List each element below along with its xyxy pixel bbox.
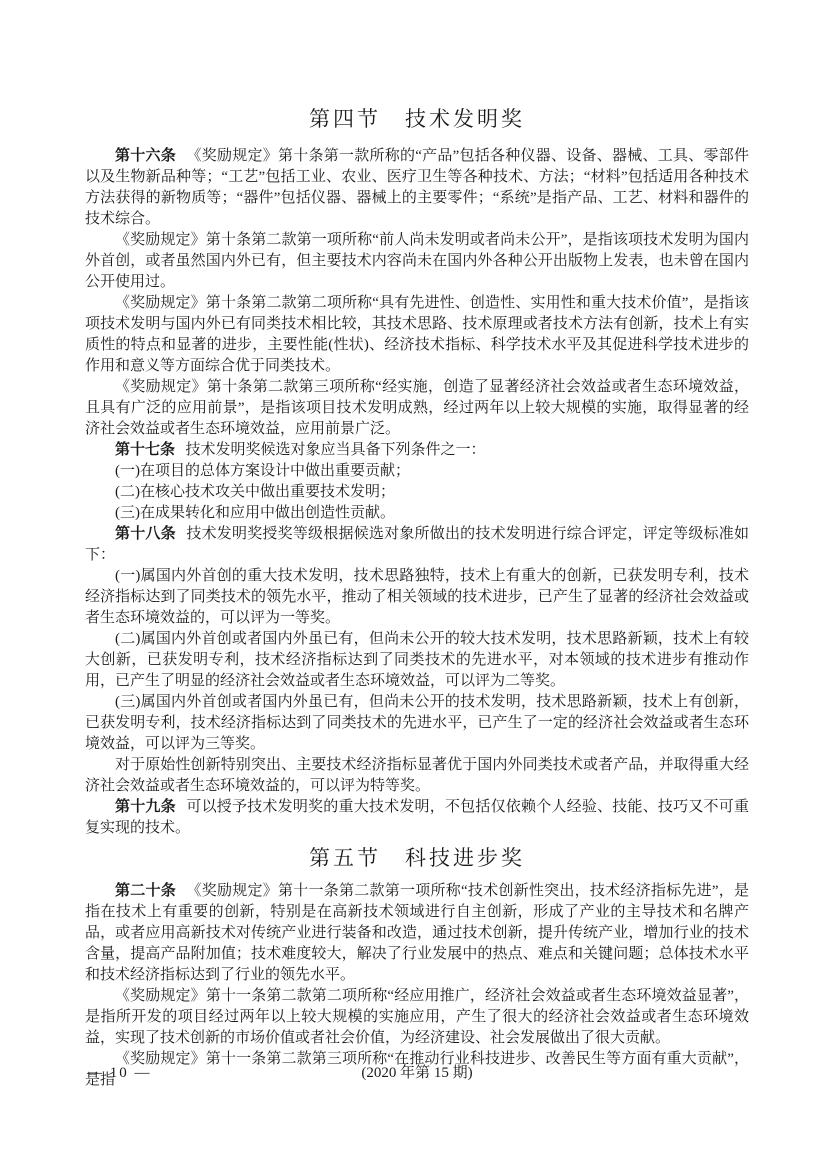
document-page: 第四节 技术发明奖 第十六条《奖励规定》第十条第一款所称的“产品”包括各种仪器、… (0, 0, 827, 1170)
paragraph-text: 《奖励规定》第十一条第二款第二项所称“经应用推广，经济社会效益或者生态环境效益显… (85, 988, 749, 1046)
article-number: 第十八条 (115, 526, 176, 542)
paragraph-text: 《奖励规定》第十条第一款所称的“产品”包括各种仪器、设备、器械、工具、零部件以及… (85, 148, 749, 227)
section-heading-5: 第五节 科技进步奖 (85, 843, 749, 873)
paragraph: 《奖励规定》第十条第二款第一项所称“前人尚未发明或者尚未公开”，是指该项技术发明… (85, 230, 749, 293)
paragraph-text: 技术发明奖授奖等级根据候选对象所做出的技术发明进行综合评定，评定等级标准如下： (85, 526, 749, 563)
list-item: (一)在项目的总体方案设计中做出重要贡献； (85, 461, 749, 482)
article-number: 第二十条 (115, 883, 176, 899)
paragraph: 第十六条《奖励规定》第十条第一款所称的“产品”包括各种仪器、设备、器械、工具、零… (85, 146, 749, 230)
content-column: 第四节 技术发明奖 第十六条《奖励规定》第十条第一款所称的“产品”包括各种仪器、… (85, 104, 749, 1091)
paragraph: 第十九条可以授予技术发明奖的重大技术发明，不包括仅依赖个人经验、技能、技巧又不可… (85, 797, 749, 839)
paragraph-text: (三)在成果转化和应用中做出创造性贡献。 (115, 505, 395, 521)
paragraph-text: 可以授予技术发明奖的重大技术发明，不包括仅依赖个人经验、技能、技巧又不可重复实现… (85, 799, 749, 836)
paragraph-text: 《奖励规定》第十一条第二款第一项所称“技术创新性突出，技术经济指标先进”，是指在… (85, 883, 749, 983)
paragraph-text: 《奖励规定》第十条第二款第二项所称“具有先进性、创造性、实用性和重大技术价值”，… (85, 295, 749, 374)
page-footer: — 10 — (2020 年第 15 期) (85, 1063, 749, 1084)
paragraph: 《奖励规定》第十条第二款第二项所称“具有先进性、创造性、实用性和重大技术价值”，… (85, 293, 749, 377)
list-item: (三)在成果转化和应用中做出创造性贡献。 (85, 503, 749, 524)
issue-label: (2020 年第 15 期) (85, 1063, 749, 1084)
paragraph-text: (一)在项目的总体方案设计中做出重要贡献； (115, 463, 410, 479)
paragraph: 对于原始性创新特别突出、主要技术经济指标显著优于国内外同类技术或者产品，并取得重… (85, 755, 749, 797)
paragraph-text: (二)属国内外首创或者国内外虽已有，但尚未公开的较大技术发明，技术思路新颖，技术… (85, 631, 749, 689)
paragraph-text: (三)属国内外首创或者国内外虽已有，但尚未公开的技术发明，技术思路新颖，技术上有… (85, 694, 749, 752)
paragraph-text: 技术发明奖候选对象应当具备下列条件之一： (186, 442, 486, 458)
list-item: (二)属国内外首创或者国内外虽已有，但尚未公开的较大技术发明，技术思路新颖，技术… (85, 629, 749, 692)
paragraph-text: (二)在核心技术攻关中做出重要技术发明； (115, 484, 395, 500)
article-number: 第十九条 (115, 799, 176, 815)
paragraph: 第十八条技术发明奖授奖等级根据候选对象所做出的技术发明进行综合评定，评定等级标准… (85, 524, 749, 566)
paragraph-text: 《奖励规定》第十条第二款第一项所称“前人尚未发明或者尚未公开”，是指该项技术发明… (85, 232, 749, 290)
paragraph: 《奖励规定》第十条第二款第三项所称“经实施，创造了显著经济社会效益或者生态环境效… (85, 377, 749, 440)
paragraph: 《奖励规定》第十一条第二款第二项所称“经应用推广，经济社会效益或者生态环境效益显… (85, 986, 749, 1049)
paragraph-text: 《奖励规定》第十条第二款第三项所称“经实施，创造了显著经济社会效益或者生态环境效… (85, 379, 749, 437)
page-number: — 10 — (87, 1063, 152, 1084)
paragraph-text: (一)属国内外首创的重大技术发明，技术思路独特，技术上有重大的创新，已获发明专利… (85, 568, 749, 626)
paragraph: 第十七条技术发明奖候选对象应当具备下列条件之一： (85, 440, 749, 461)
list-item: (二)在核心技术攻关中做出重要技术发明； (85, 482, 749, 503)
list-item: (三)属国内外首创或者国内外虽已有，但尚未公开的技术发明，技术思路新颖，技术上有… (85, 692, 749, 755)
article-number: 第十六条 (115, 148, 176, 164)
paragraph: 第二十条《奖励规定》第十一条第二款第一项所称“技术创新性突出，技术经济指标先进”… (85, 881, 749, 986)
paragraph-text: 对于原始性创新特别突出、主要技术经济指标显著优于国内外同类技术或者产品，并取得重… (85, 757, 749, 794)
section-heading-4: 第四节 技术发明奖 (85, 104, 749, 134)
list-item: (一)属国内外首创的重大技术发明，技术思路独特，技术上有重大的创新，已获发明专利… (85, 566, 749, 629)
article-number: 第十七条 (115, 442, 175, 458)
